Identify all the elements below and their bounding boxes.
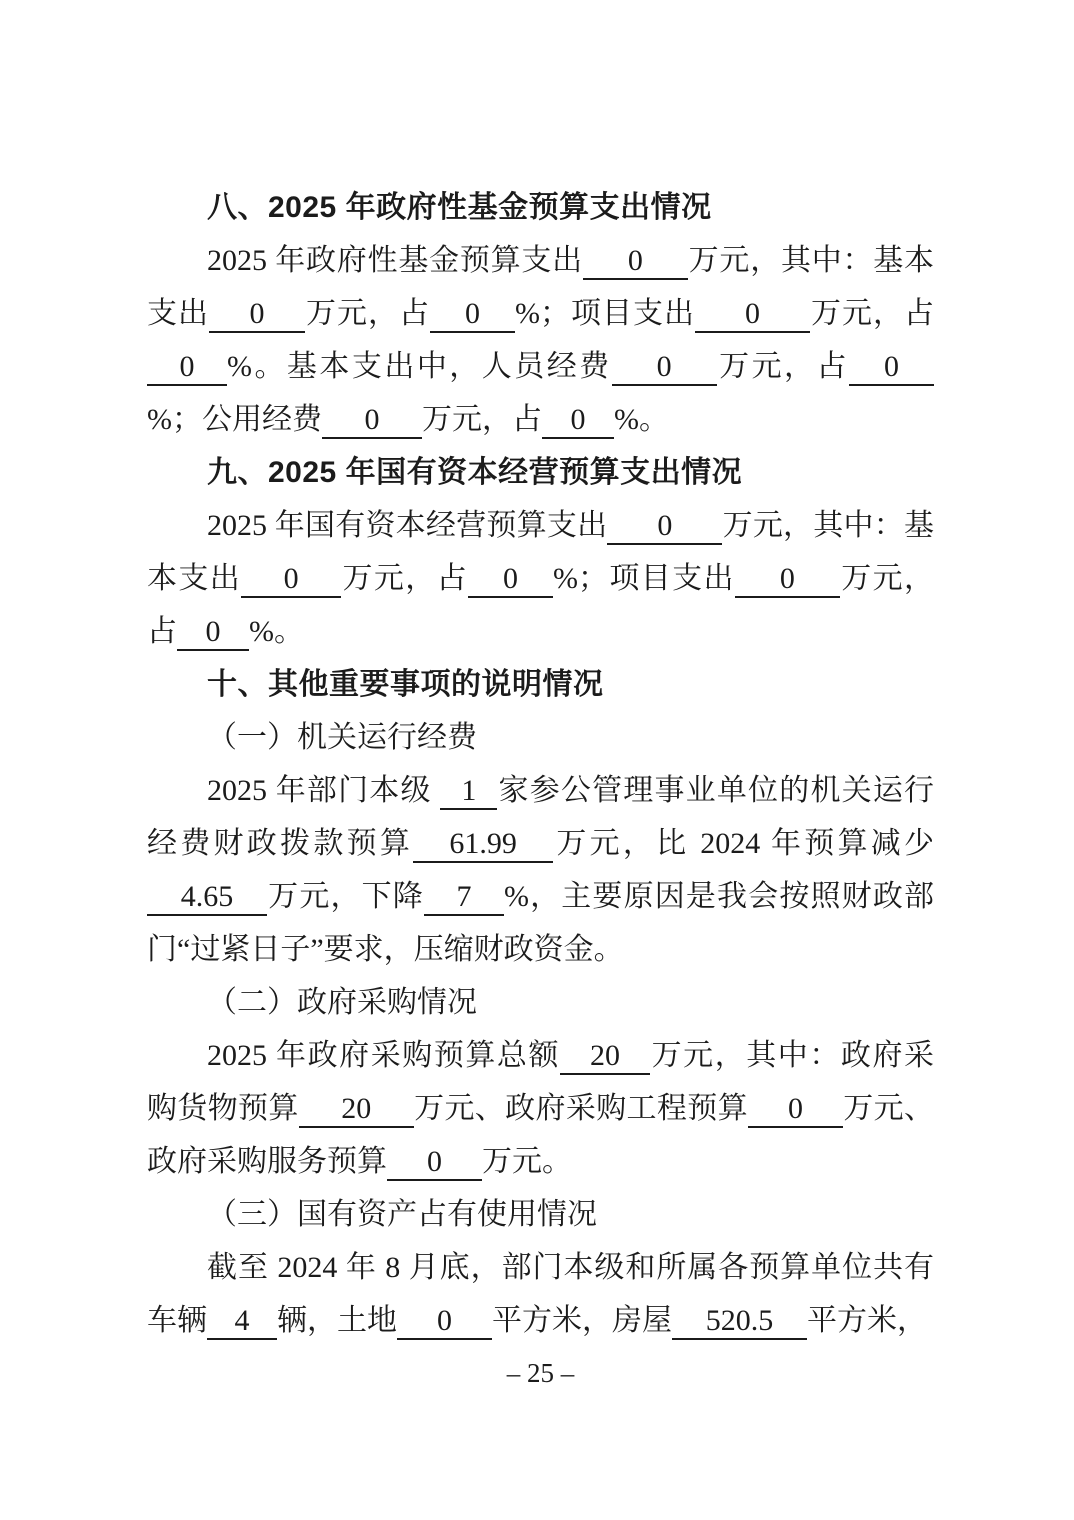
blank-field: 0 bbox=[241, 562, 341, 598]
text-run: 万元，占 bbox=[717, 350, 849, 383]
blank-field: 0 bbox=[607, 509, 722, 545]
blank-field: 0 bbox=[849, 350, 934, 386]
blank-field: 0 bbox=[387, 1145, 482, 1181]
blank-field: 0 bbox=[147, 350, 227, 386]
blank-value: 0 bbox=[657, 350, 672, 383]
text-run: 万元，占 bbox=[305, 297, 430, 330]
blank-value: 7 bbox=[456, 880, 471, 913]
blank-field: 4.65 bbox=[147, 880, 267, 916]
blank-field: 0 bbox=[583, 244, 688, 280]
blank-value: 0 bbox=[250, 297, 265, 330]
section-heading: 九、2025 年国有资本经营预算支出情况 bbox=[147, 446, 934, 499]
text-run: 2025 年政府采购预算总额 bbox=[207, 1039, 560, 1072]
blank-field: 0 bbox=[177, 615, 249, 651]
blank-value: 4 bbox=[235, 1304, 250, 1337]
document-body: 八、2025 年政府性基金预算支出情况2025 年政府性基金预算支出0万元，其中… bbox=[147, 181, 934, 1347]
blank-value: 0 bbox=[745, 297, 760, 330]
blank-field: 4 bbox=[207, 1304, 277, 1340]
blank-value: 0 bbox=[365, 403, 380, 436]
blank-field: 0 bbox=[542, 403, 614, 439]
blank-field: 20 bbox=[560, 1039, 650, 1075]
sub-heading: （二）政府采购情况 bbox=[147, 976, 934, 1029]
text-run: 万元，下降 bbox=[267, 880, 424, 913]
blank-field: 0 bbox=[735, 562, 840, 598]
text-run: 平方米， bbox=[807, 1304, 927, 1337]
blank-value: 0 bbox=[503, 562, 518, 595]
text-run: 万元。 bbox=[482, 1145, 572, 1178]
text-run: 万元，占 bbox=[810, 297, 934, 330]
blank-field: 0 bbox=[397, 1304, 492, 1340]
blank-value: 20 bbox=[590, 1039, 620, 1072]
blank-value: 4.65 bbox=[181, 880, 234, 913]
page-number: – 25 – bbox=[147, 1347, 934, 1400]
blank-field: 0 bbox=[612, 350, 717, 386]
section-heading: 八、2025 年政府性基金预算支出情况 bbox=[147, 181, 934, 234]
text-run: 2025 年政府性基金预算支出 bbox=[207, 244, 583, 277]
blank-value: 61.99 bbox=[449, 827, 517, 860]
blank-value: 20 bbox=[341, 1092, 371, 1125]
sub-heading: （一）机关运行经费 bbox=[147, 711, 934, 764]
text-run: %；项目支出 bbox=[553, 562, 735, 595]
text-run: 辆，土地 bbox=[277, 1304, 397, 1337]
body-paragraph: 2025 年政府性基金预算支出0万元，其中：基本支出0万元，占0%；项目支出0万… bbox=[147, 234, 934, 446]
blank-value: 0 bbox=[571, 403, 586, 436]
text-run: %。 bbox=[614, 403, 669, 436]
blank-field: 0 bbox=[468, 562, 553, 598]
blank-value: 0 bbox=[180, 350, 195, 383]
text-run: %；项目支出 bbox=[515, 297, 695, 330]
body-paragraph: 2025 年部门本级 1家参公管理事业单位的机关运行经费财政拨款预算61.99万… bbox=[147, 764, 934, 976]
blank-value: 0 bbox=[284, 562, 299, 595]
blank-field: 0 bbox=[695, 297, 810, 333]
blank-value: 0 bbox=[427, 1145, 442, 1178]
blank-value: 0 bbox=[206, 615, 221, 648]
text-run: %；公用经费 bbox=[147, 403, 322, 436]
text-run: %。 bbox=[249, 615, 304, 648]
blank-value: 520.5 bbox=[706, 1304, 774, 1337]
text-run: 万元，占 bbox=[422, 403, 542, 436]
section-heading: 十、其他重要事项的说明情况 bbox=[147, 658, 934, 711]
text-run: 万元，比 2024 年预算减少 bbox=[553, 827, 934, 860]
text-run: 2025 年部门本级 bbox=[207, 774, 440, 807]
blank-field: 520.5 bbox=[672, 1304, 807, 1340]
blank-field: 20 bbox=[299, 1092, 414, 1128]
document-page: 八、2025 年政府性基金预算支出情况2025 年政府性基金预算支出0万元，其中… bbox=[0, 0, 1074, 1520]
blank-value: 0 bbox=[657, 509, 672, 542]
blank-value: 0 bbox=[628, 244, 643, 277]
blank-value: 0 bbox=[788, 1092, 803, 1125]
text-run: 2025 年国有资本经营预算支出 bbox=[207, 509, 607, 542]
blank-value: 1 bbox=[461, 774, 476, 807]
blank-value: 0 bbox=[437, 1304, 452, 1337]
blank-field: 0 bbox=[209, 297, 305, 333]
sub-heading: （三）国有资产占有使用情况 bbox=[147, 1188, 934, 1241]
body-paragraph: 截至 2024 年 8 月底，部门本级和所属各预算单位共有车辆4辆，土地0平方米… bbox=[147, 1241, 934, 1347]
blank-field: 61.99 bbox=[413, 827, 553, 863]
text-run: 万元，占 bbox=[341, 562, 468, 595]
body-paragraph: 2025 年国有资本经营预算支出0万元，其中：基本支出0万元，占0%；项目支出0… bbox=[147, 499, 934, 658]
text-run: 平方米，房屋 bbox=[492, 1304, 672, 1337]
body-paragraph: 2025 年政府采购预算总额20万元，其中：政府采购货物预算20万元、政府采购工… bbox=[147, 1029, 934, 1188]
blank-field: 0 bbox=[322, 403, 422, 439]
blank-value: 0 bbox=[465, 297, 480, 330]
blank-value: 0 bbox=[884, 350, 899, 383]
text-run: %。基本支出中，人员经费 bbox=[227, 350, 612, 383]
blank-field: 0 bbox=[430, 297, 515, 333]
blank-field: 7 bbox=[424, 880, 504, 916]
blank-value: 0 bbox=[780, 562, 795, 595]
text-run: 万元、政府采购工程预算 bbox=[414, 1092, 748, 1125]
blank-field: 0 bbox=[748, 1092, 843, 1128]
blank-field: 1 bbox=[440, 774, 497, 810]
